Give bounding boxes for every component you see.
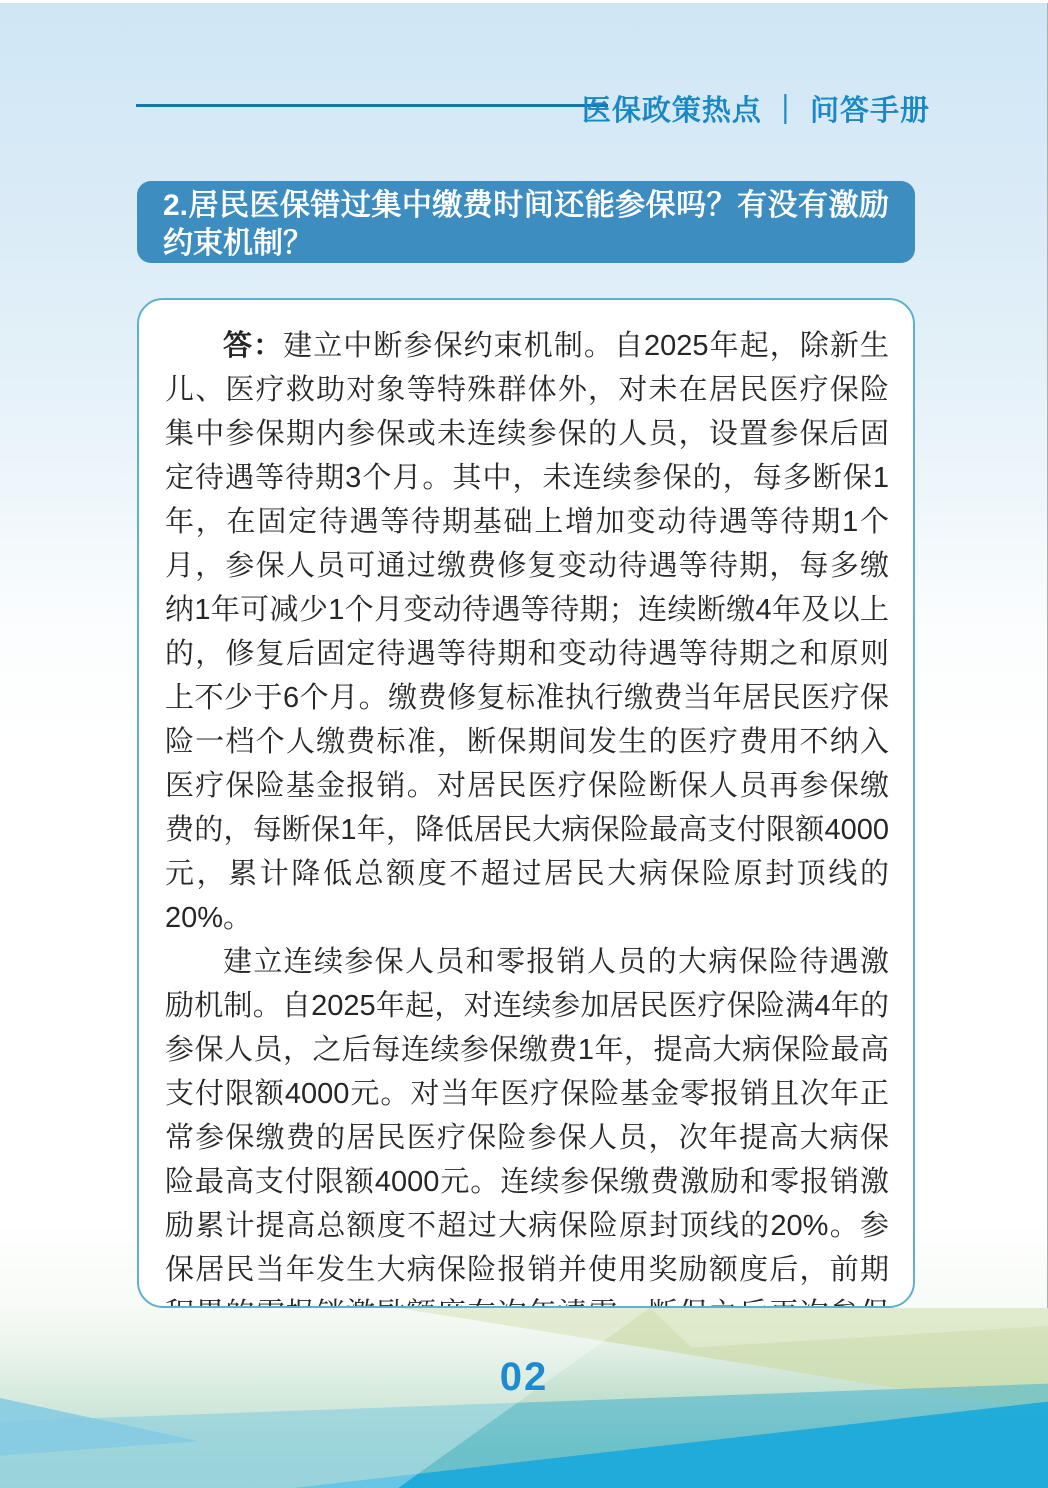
answer-paragraph-1-text: 建立中断参保约束机制。自2025年起，除新生儿、医疗救助对象等特殊群体外，对未在… [165,330,889,934]
page-number: 02 [0,1355,1048,1400]
handbook-page: 医保政策热点 ｜ 问答手册 2.居民医保错过集中缴费时间还能参保吗？有没有激励约… [0,0,1048,1488]
answer-paragraph-1: 答：建立中断参保约束机制。自2025年起，除新生儿、医疗救助对象等特殊群体外，对… [165,324,889,940]
header-divider-line [136,104,608,107]
question-text: 2.居民医保错过集中缴费时间还能参保吗？有没有激励约束机制？ [163,189,889,260]
answer-paragraph-2: 建立连续参保人员和零报销人员的大病保险待遇激励机制。自2025年起，对连续参加居… [165,940,889,1308]
answer-card: 答：建立中断参保约束机制。自2025年起，除新生儿、医疗救助对象等特殊群体外，对… [137,298,915,1308]
answer-label: 答： [223,330,283,362]
question-banner: 2.居民医保错过集中缴费时间还能参保吗？有没有激励约束机制？ [137,181,915,263]
page-header-title: 医保政策热点 ｜ 问答手册 [582,88,930,129]
